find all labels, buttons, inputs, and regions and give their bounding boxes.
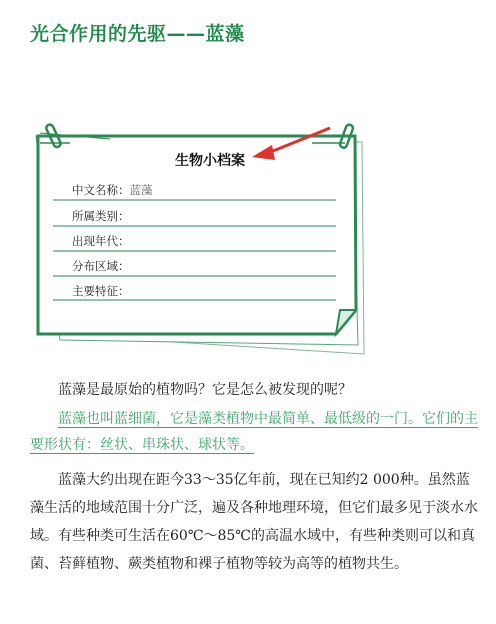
field-label: 主要特征： (72, 284, 130, 298)
field-value: 蓝藻 (130, 183, 153, 197)
paragraph-question: 蓝藻是最原始的植物吗？它是怎么被发现的呢？ (30, 377, 482, 403)
field-label: 中文名称： (72, 183, 130, 197)
field-category: 所属类别： (72, 208, 130, 224)
field-distribution: 分布区域： (72, 258, 130, 274)
field-features: 主要特征： (72, 283, 130, 299)
field-label: 分布区域： (72, 259, 130, 273)
paragraph-highlight: 蓝藻也叫蓝细菌，它是藻类植物中最简单、最低级的一门。它们的主要形状有：丝状、串珠… (30, 406, 482, 458)
field-era: 出现年代： (72, 233, 130, 249)
highlighted-text: 蓝藻也叫蓝细菌，它是藻类植物中最简单、最低级的一门。它们的主要形状有：丝状、串珠… (30, 411, 478, 453)
paragraph-body: 蓝藻大约出现在距今33～35亿年前，现在已知约2 000种。虽然蓝藻生活的地域范… (30, 466, 482, 578)
card-title: 生物小档案 (0, 150, 420, 170)
field-chinese-name: 中文名称：蓝藻 (72, 182, 153, 198)
field-label: 所属类别： (72, 209, 130, 223)
field-label: 出现年代： (72, 234, 130, 248)
bio-profile-card: 生物小档案 中文名称：蓝藻 所属类别： 出现年代： 分布区域： 主要特征： (0, 0, 496, 370)
